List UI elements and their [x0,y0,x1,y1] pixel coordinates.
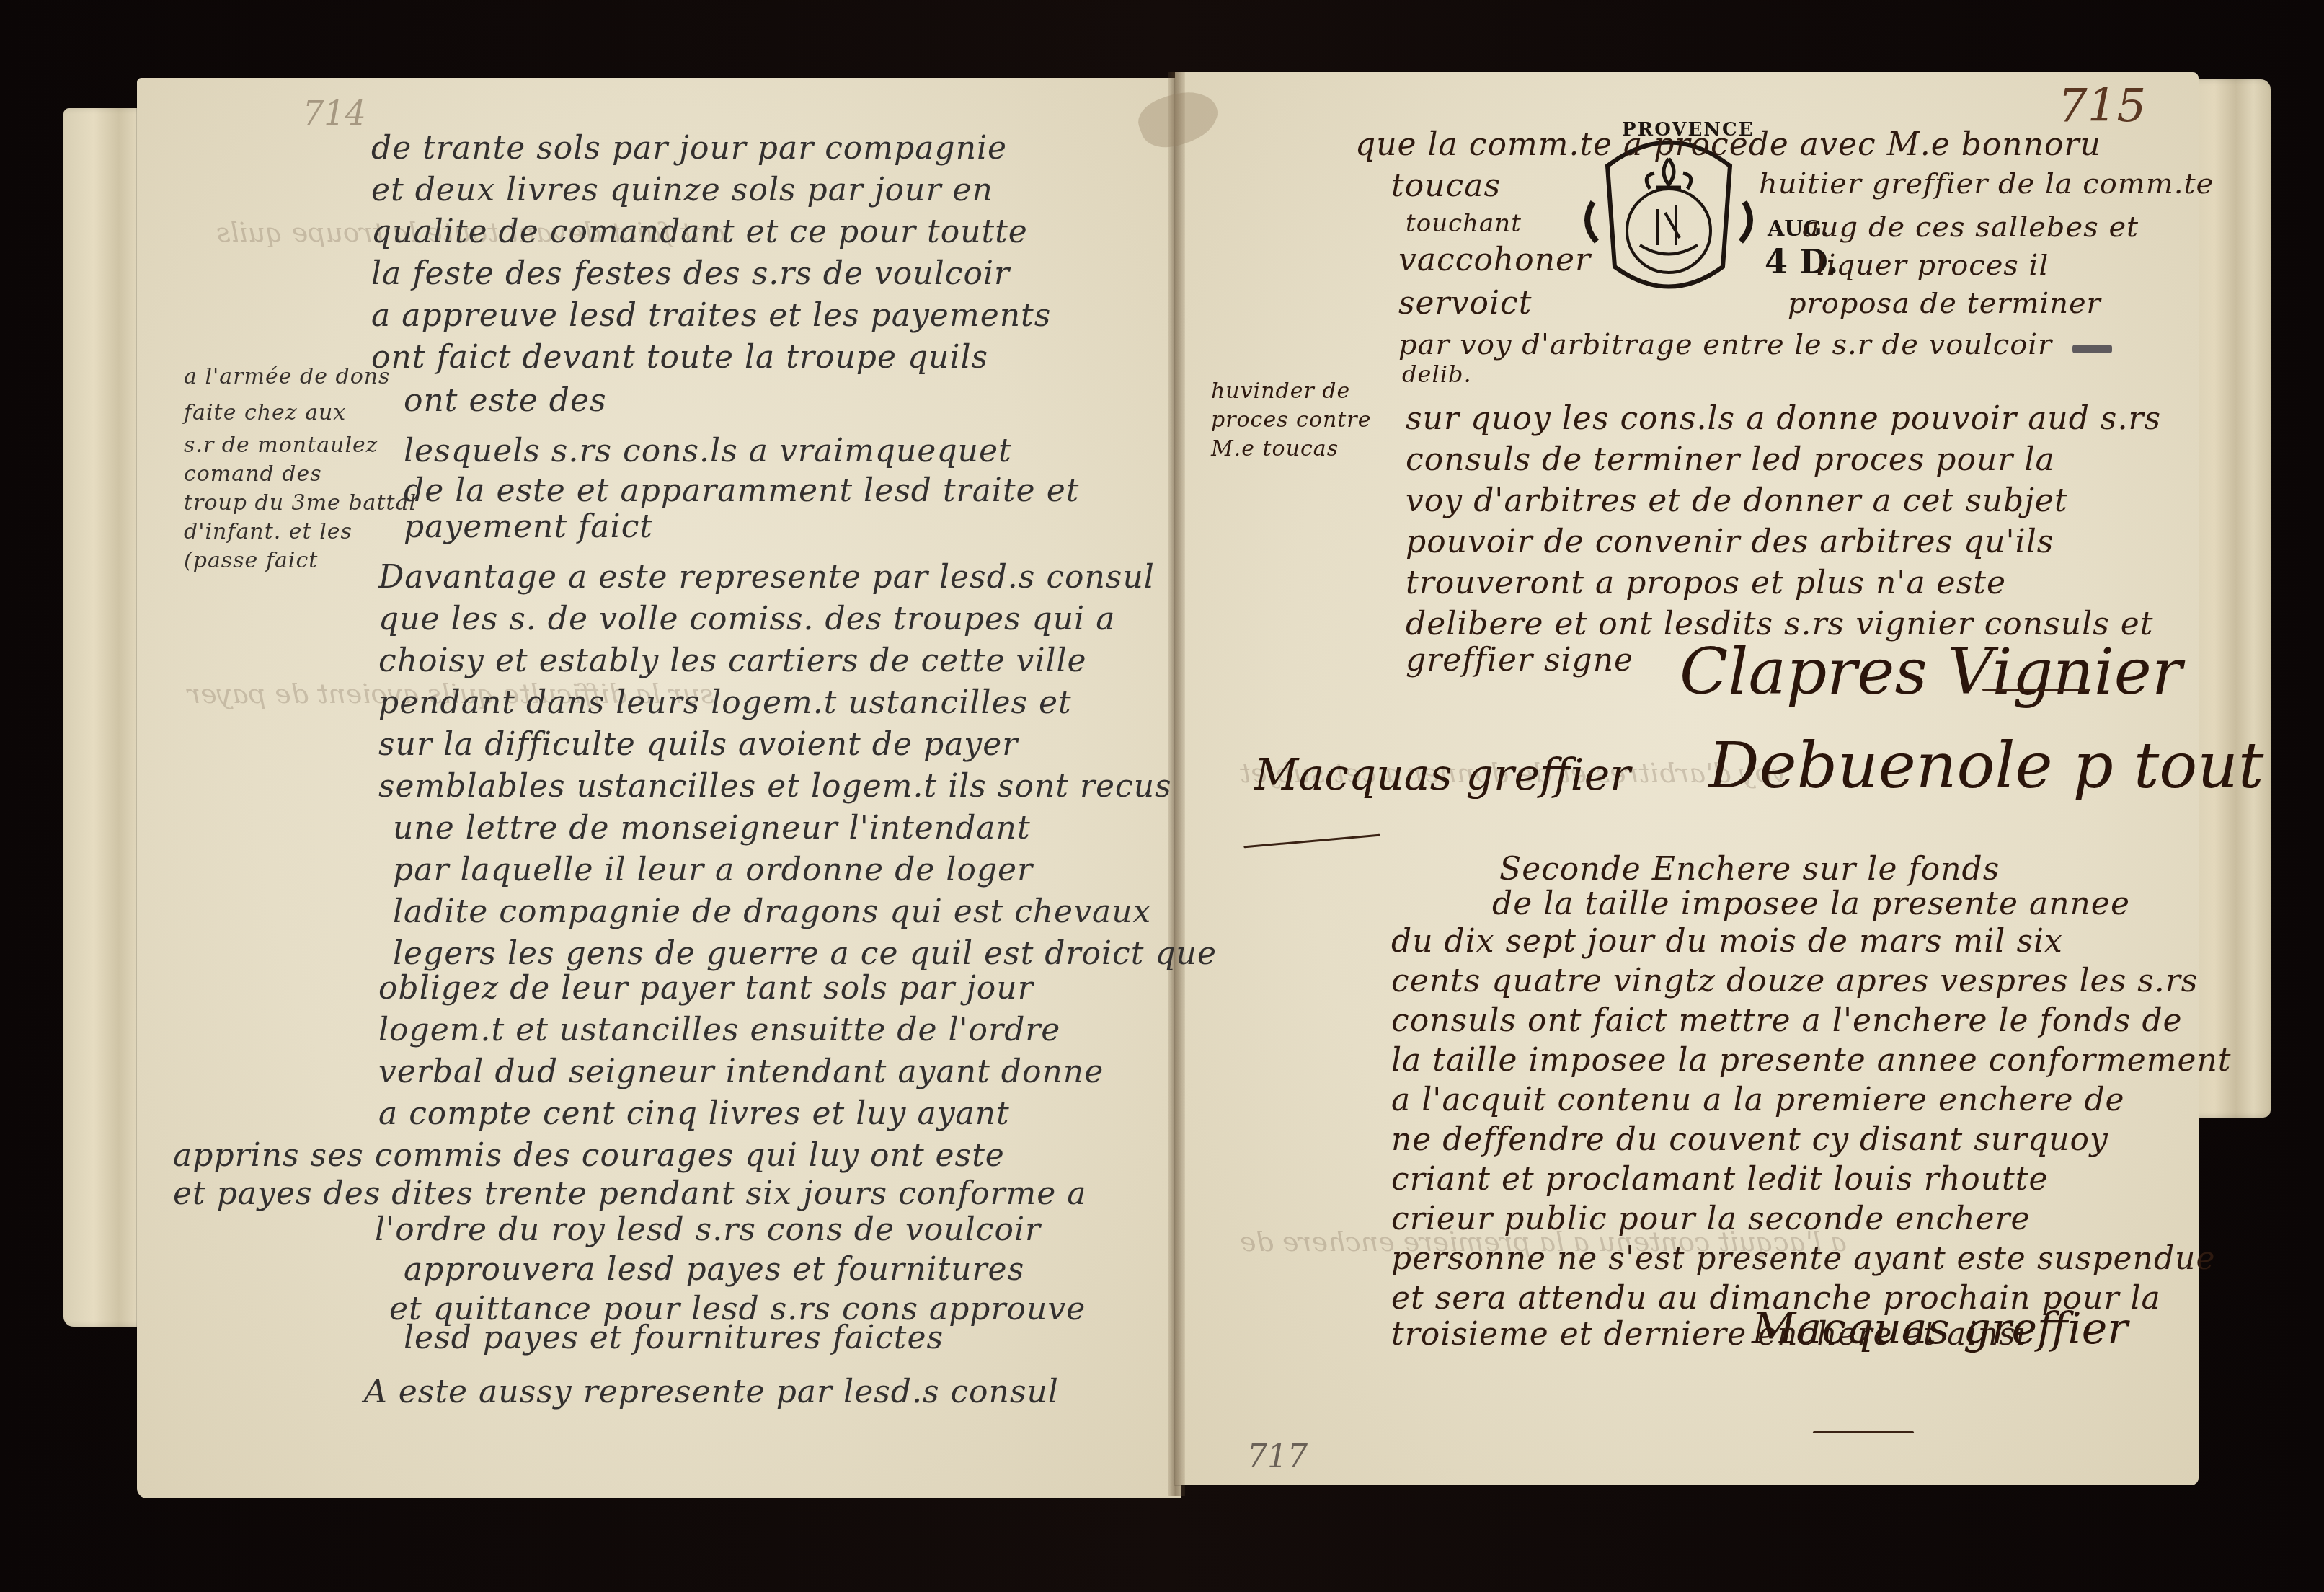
text-line: qualite de comandant et ce pour toutte [371,213,1028,250]
text-line: A este aussy represente par lesd.s consu… [364,1374,1059,1410]
text-line: ladite compagnie de dragons qui est chev… [393,893,1151,930]
folio-number-right: 715 [2058,79,2146,133]
text-line: l'ordre du roy lesd s.rs cons de voulcoi… [375,1211,1041,1248]
text-line: que les s. de volle comiss. des troupes … [378,601,1115,637]
text-line: a compte cent cinq livres et luy ayant [378,1095,1010,1132]
text-line: lesquels s.rs cons.ls a vraimquequet [404,433,1012,469]
text-line: delib. [1402,361,1472,388]
text-line: et payes des dites trente pendant six jo… [173,1175,1086,1212]
margin-line: M.e toucas [1211,436,1339,461]
margin-line: huvinder de [1211,379,1350,404]
text-line: toucas [1391,167,1501,204]
text-line: choisy et estably les cartiers de cette … [378,642,1087,679]
entry-line: consuls ont faict mettre a l'enchere le … [1391,1002,2183,1039]
text-line: par laquelle il leur a ordonne de loger [393,852,1033,888]
signature-macquas-greffier-final: Macquas greffier [1752,1304,2128,1354]
text-line: proposa de terminer [1788,287,2101,320]
entry-line: ne deffendre du couvent cy disant surquo… [1391,1121,2108,1158]
text-line: la feste des festes des s.rs de voulcoir [371,255,1010,292]
signature-underline [1982,689,2090,691]
entry-line: du dix sept jour du mois de mars mil six [1391,923,2063,960]
text-line: touchant [1406,209,1522,238]
entry-line: la taille imposee la presente annee conf… [1391,1042,2232,1079]
text-line: apprins ses commis des courages qui luy … [173,1137,1005,1174]
entry-heading: Seconde Enchere sur le fonds [1499,851,2000,888]
margin-line: comand des [184,461,322,487]
text-line: huitier greffier de la comm.te [1759,167,2214,200]
text-line: et deux livres quinze sols par jour en [371,172,993,208]
text-line: greffier signe [1406,642,1633,678]
text-line: ont faict devant toute la troupe quils [371,339,988,376]
text-line: liquer proces il [1817,249,2049,282]
text-line: par voy d'arbitrage entre le s.r de voul… [1398,328,2052,361]
entry-line: personne ne s'est presente ayant este su… [1391,1240,2215,1277]
text-line: a appreuve lesd traites et les payements [371,297,1051,334]
text-line: obligez de leur payer tant sols par jour [378,970,1034,1007]
text-line: approuvera lesd payes et fournitures [404,1251,1024,1288]
text-line: de trante sols par jour par compagnie [371,130,1007,167]
margin-line: faite chez aux [184,400,346,425]
margin-line: a l'armée de dons [184,364,390,389]
text-line: aug de ces sallebes et [1802,211,2139,244]
margin-line: s.r de montaulez [184,433,378,458]
text-line: trouveront a propos et plus n'a este [1406,565,2006,601]
text-line: de la este et apparamment lesd traite et [404,472,1079,509]
entry-line: crieur public pour la seconde enchere [1391,1200,2031,1237]
text-line: pendant dans leurs logem.t ustancilles e… [378,684,1072,721]
text-line: voy d'arbitres et de donner a cet subjet [1406,482,2068,519]
text-line: servoict [1398,285,1532,322]
text-line: verbal dud seigneur intendant ayant donn… [378,1053,1104,1090]
ink-blot-mark [2072,345,2112,353]
text-line: sur quoy les cons.ls a donne pouvoir aud… [1406,400,2161,437]
text-line: vaccohoner [1398,242,1591,278]
entry-line: criant et proclamant ledit louis rhoutte [1391,1161,2048,1198]
text-line: sur la difficulte quils avoient de payer [378,726,1018,763]
entry-heading: de la taille imposee la presente annee [1492,885,2130,922]
text-line: Davantage a este represente par lesd.s c… [378,559,1155,596]
text-line: ont este des [404,382,607,419]
margin-line: (passe faict [184,548,318,573]
text-line: pouvoir de convenir des arbitres qu'ils [1406,523,2054,560]
pencil-folio-number: 717 [1247,1438,1308,1475]
entry-line: cents quatre vingtz douze apres vespres … [1391,963,2198,999]
signature-macquas-greffier: Macquas greffier [1254,750,1631,800]
entry-line: a l'acquit contenu a la premiere enchere… [1391,1082,2125,1118]
text-line: consuls de terminer led proces pour la [1406,441,2055,478]
text-line: logem.t et ustancilles ensuitte de l'ord… [378,1012,1060,1048]
margin-line: proces contre [1211,407,1371,433]
signature-debuenole: Debuenole p tout [1708,728,2263,802]
text-line: payement faict [404,508,653,545]
folio-number-left: 714 [303,94,366,133]
text-line: que la comm.te a procede avec M.e bonnor… [1355,126,2101,163]
signature-clapres-vignier: Clapres Vignier [1680,634,2182,709]
text-line: semblables ustancilles et logem.t ils so… [378,768,1172,805]
margin-line: troup du 3me battal [184,490,417,516]
signature-underline [1813,1431,1914,1433]
text-line: une lettre de monseigneur l'intendant [393,810,1031,846]
margin-line: d'infant. et les [184,519,352,544]
text-line: lesd payes et fournitures faictes [404,1319,944,1356]
